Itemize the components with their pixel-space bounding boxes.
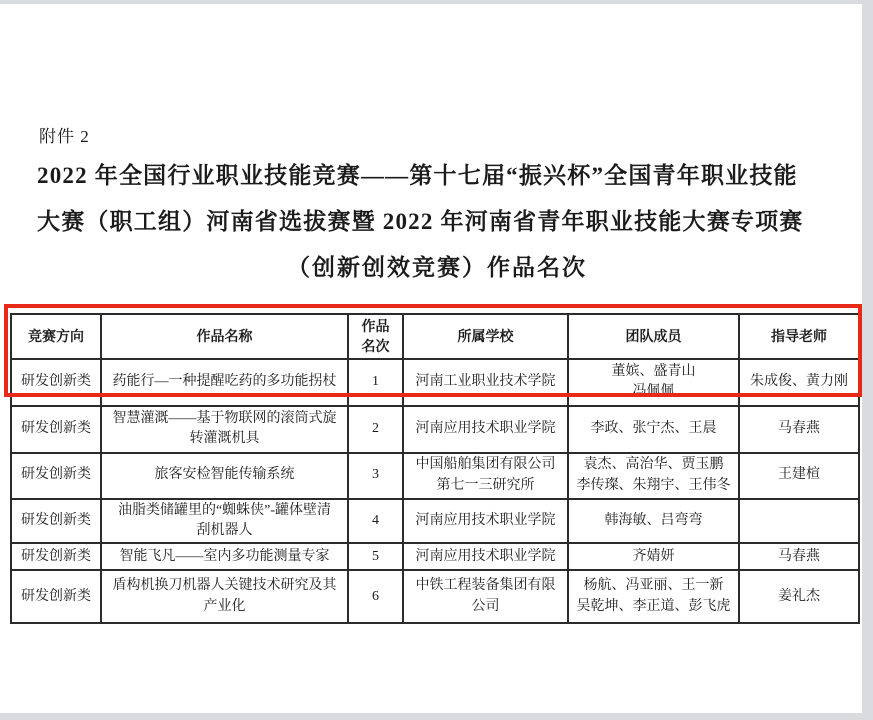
cell-members: 李政、张宁杰、王晨 — [568, 406, 739, 453]
table-row: 研发创新类 智慧灌溉——基于物联网的滚筒式旋 转灌溉机具 2 河南应用技术职业学… — [11, 406, 859, 453]
document-page: 附件 2 2022 年全国行业职业技能竞赛——第十七届“振兴杯”全国青年职业技能… — [0, 0, 873, 720]
cell-category: 研发创新类 — [11, 406, 101, 453]
cell-rank: 5 — [348, 543, 403, 570]
table-row: 研发创新类 药能行—一种提醒吃药的多功能拐杖 1 河南工业职业技术学院 董嫔、盛… — [11, 359, 859, 406]
cell-rank: 1 — [348, 359, 403, 406]
table-row: 研发创新类 智能飞凡——室内多功能测量专家 5 河南应用技术职业学院 齐婧妍 马… — [11, 543, 859, 570]
cell-work-title: 旅客安检智能传输系统 — [101, 453, 348, 499]
cell-work-title: 油脂类储罐里的“蜘蛛侠”-罐体壁清 刮机器人 — [101, 499, 348, 544]
cell-rank: 3 — [348, 453, 403, 499]
cell-category: 研发创新类 — [11, 499, 101, 544]
table-row: 研发创新类 盾构机换刀机器人关键技术研究及其 产业化 6 中铁工程装备集团有限 … — [11, 570, 859, 623]
col-header-members: 团队成员 — [568, 314, 739, 359]
cell-members: 董嫔、盛青山 冯佩佩 — [568, 359, 739, 406]
page-edge-bottom — [0, 713, 862, 720]
cell-instructor: 马春燕 — [739, 543, 859, 570]
title-line-1: 2022 年全国行业职业技能竞赛——第十七届“振兴杯”全国青年职业技能 — [37, 153, 837, 199]
cell-school: 中铁工程装备集团有限 公司 — [403, 570, 568, 623]
col-header-category: 竞赛方向 — [11, 314, 101, 359]
cell-school: 中国船舶集团有限公司 第七一三研究所 — [403, 453, 568, 499]
results-table: 竞赛方向 作品名称 作品 名次 所属学校 团队成员 指导老师 研发创新类 药能行… — [10, 313, 860, 624]
table-row: 研发创新类 油脂类储罐里的“蜘蛛侠”-罐体壁清 刮机器人 4 河南应用技术职业学… — [11, 499, 859, 544]
document-title: 2022 年全国行业职业技能竞赛——第十七届“振兴杯”全国青年职业技能 大赛（职… — [37, 153, 837, 291]
cell-work-title: 盾构机换刀机器人关键技术研究及其 产业化 — [101, 570, 348, 623]
cell-work-title: 智能飞凡——室内多功能测量专家 — [101, 543, 348, 570]
cell-rank: 2 — [348, 406, 403, 453]
cell-instructor: 姜礼杰 — [739, 570, 859, 623]
cell-instructor — [739, 499, 859, 544]
col-header-work-title: 作品名称 — [101, 314, 348, 359]
page-edge-right — [862, 0, 873, 720]
title-line-3: （创新创效竞赛）作品名次 — [37, 245, 837, 291]
cell-work-title: 药能行—一种提醒吃药的多功能拐杖 — [101, 359, 348, 406]
cell-category: 研发创新类 — [11, 543, 101, 570]
cell-school: 河南应用技术职业学院 — [403, 543, 568, 570]
cell-school: 河南应用技术职业学院 — [403, 406, 568, 453]
cell-school: 河南应用技术职业学院 — [403, 499, 568, 544]
cell-category: 研发创新类 — [11, 359, 101, 406]
cell-members: 齐婧妍 — [568, 543, 739, 570]
cell-instructor: 王建楦 — [739, 453, 859, 499]
cell-instructor: 马春燕 — [739, 406, 859, 453]
cell-members: 杨航、冯亚丽、王一新 吴乾坤、李正道、彭飞虎 — [568, 570, 739, 623]
col-header-instructor: 指导老师 — [739, 314, 859, 359]
table-row: 研发创新类 旅客安检智能传输系统 3 中国船舶集团有限公司 第七一三研究所 袁杰… — [11, 453, 859, 499]
cell-category: 研发创新类 — [11, 453, 101, 499]
col-header-school: 所属学校 — [403, 314, 568, 359]
cell-category: 研发创新类 — [11, 570, 101, 623]
cell-school: 河南工业职业技术学院 — [403, 359, 568, 406]
cell-instructor: 朱成俊、黄力刚 — [739, 359, 859, 406]
cell-work-title: 智慧灌溉——基于物联网的滚筒式旋 转灌溉机具 — [101, 406, 348, 453]
cell-rank: 6 — [348, 570, 403, 623]
cell-members: 韩海敏、吕弯弯 — [568, 499, 739, 544]
page-edge-top — [0, 0, 873, 4]
cell-rank: 4 — [348, 499, 403, 544]
col-header-rank: 作品 名次 — [348, 314, 403, 359]
attachment-label: 附件 2 — [39, 122, 90, 147]
cell-members: 袁杰、高治华、贾玉鹏 李传璨、朱翔宇、王伟冬 — [568, 453, 739, 499]
table-header-row: 竞赛方向 作品名称 作品 名次 所属学校 团队成员 指导老师 — [11, 314, 859, 359]
title-line-2: 大赛（职工组）河南省选拔赛暨 2022 年河南省青年职业技能大赛专项赛 — [37, 199, 837, 245]
